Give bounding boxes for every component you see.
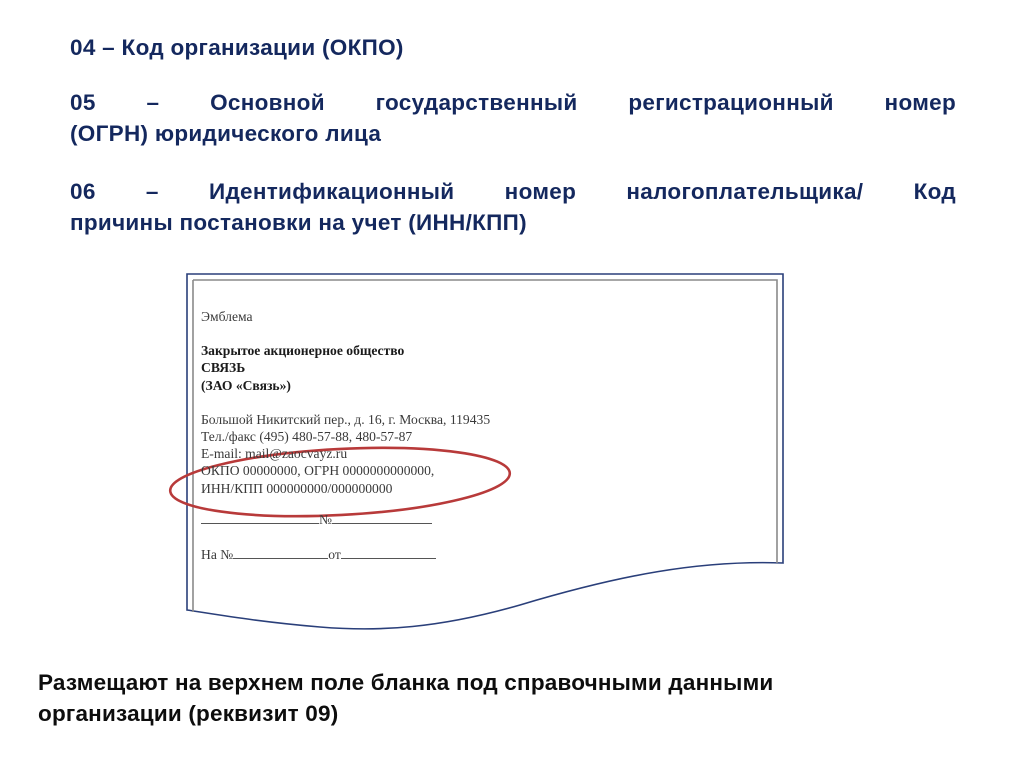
date-blank xyxy=(201,511,319,524)
org-okpo-ogrn: ОКПО 00000000, ОГРН 0000000000000, xyxy=(201,462,490,479)
number-blank xyxy=(332,511,432,524)
reply-reference-field: На №от xyxy=(201,546,490,563)
caption-line2: организации (реквизит 09) xyxy=(38,698,978,729)
emblem-label: Эмблема xyxy=(201,308,490,325)
letterhead-details: Эмблема Закрытое акционерное общество СВ… xyxy=(201,308,490,563)
number-sign: № xyxy=(319,512,332,527)
reply-date-blank xyxy=(341,546,436,559)
letterhead-sheet-illustration xyxy=(0,0,1024,767)
org-full-name: Закрытое акционерное общество xyxy=(201,342,490,359)
outgoing-number-field: № xyxy=(201,511,490,528)
reply-prefix: На № xyxy=(201,547,233,562)
reply-number-blank xyxy=(233,546,328,559)
org-phone: Тел./факс (495) 480-57-88, 480-57-87 xyxy=(201,428,490,445)
org-address: Большой Никитский пер., д. 16, г. Москва… xyxy=(201,411,490,428)
caption-line1: Размещают на верхнем поле бланка под спр… xyxy=(38,667,978,698)
placement-caption: Размещают на верхнем поле бланка под спр… xyxy=(38,667,978,729)
reply-from: от xyxy=(328,547,341,562)
org-email: E-mail: mail@zaocvayz.ru xyxy=(201,445,490,462)
org-inn-kpp: ИНН/КПП 000000000/000000000 xyxy=(201,480,490,497)
org-short-name: (ЗАО «Связь») xyxy=(201,377,490,394)
org-name: СВЯЗЬ xyxy=(201,359,490,376)
